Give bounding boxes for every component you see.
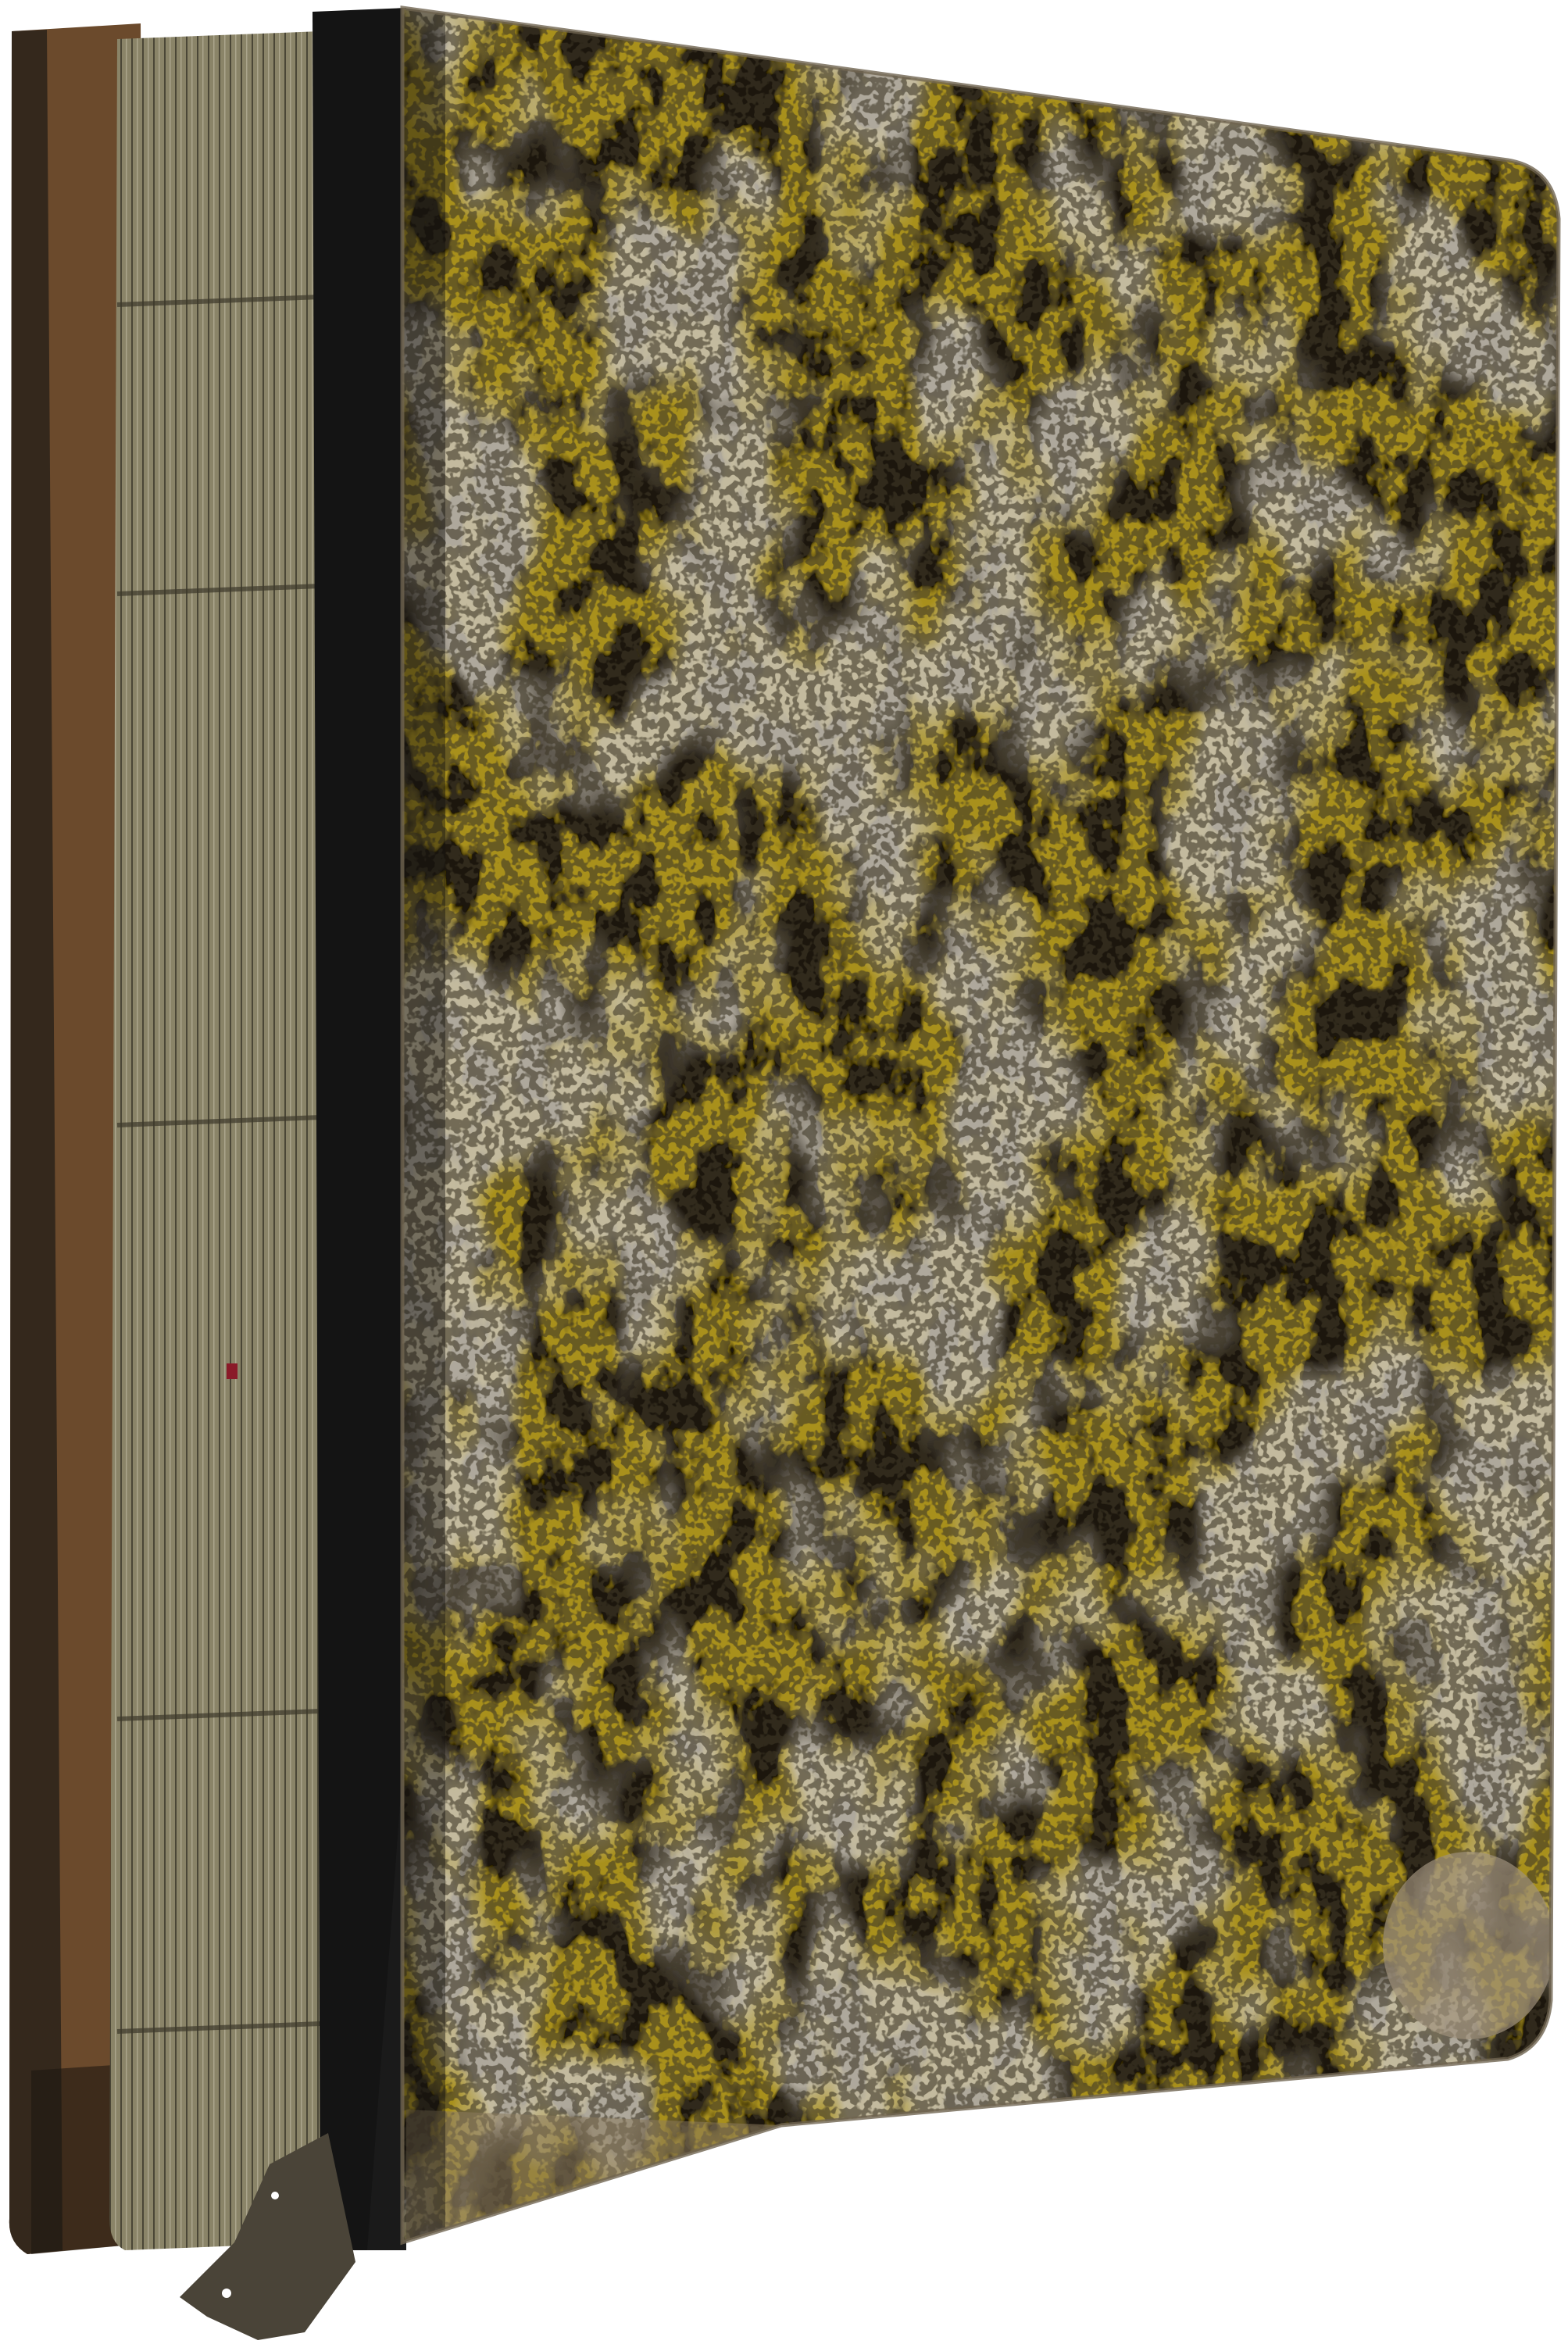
worn-patch bbox=[1383, 1852, 1555, 2039]
book-photograph bbox=[0, 0, 1568, 2344]
book-illustration bbox=[0, 0, 1568, 2344]
text-block-pages bbox=[109, 31, 320, 2250]
front-cover bbox=[391, 0, 1568, 2266]
red-mark bbox=[227, 1363, 238, 1379]
